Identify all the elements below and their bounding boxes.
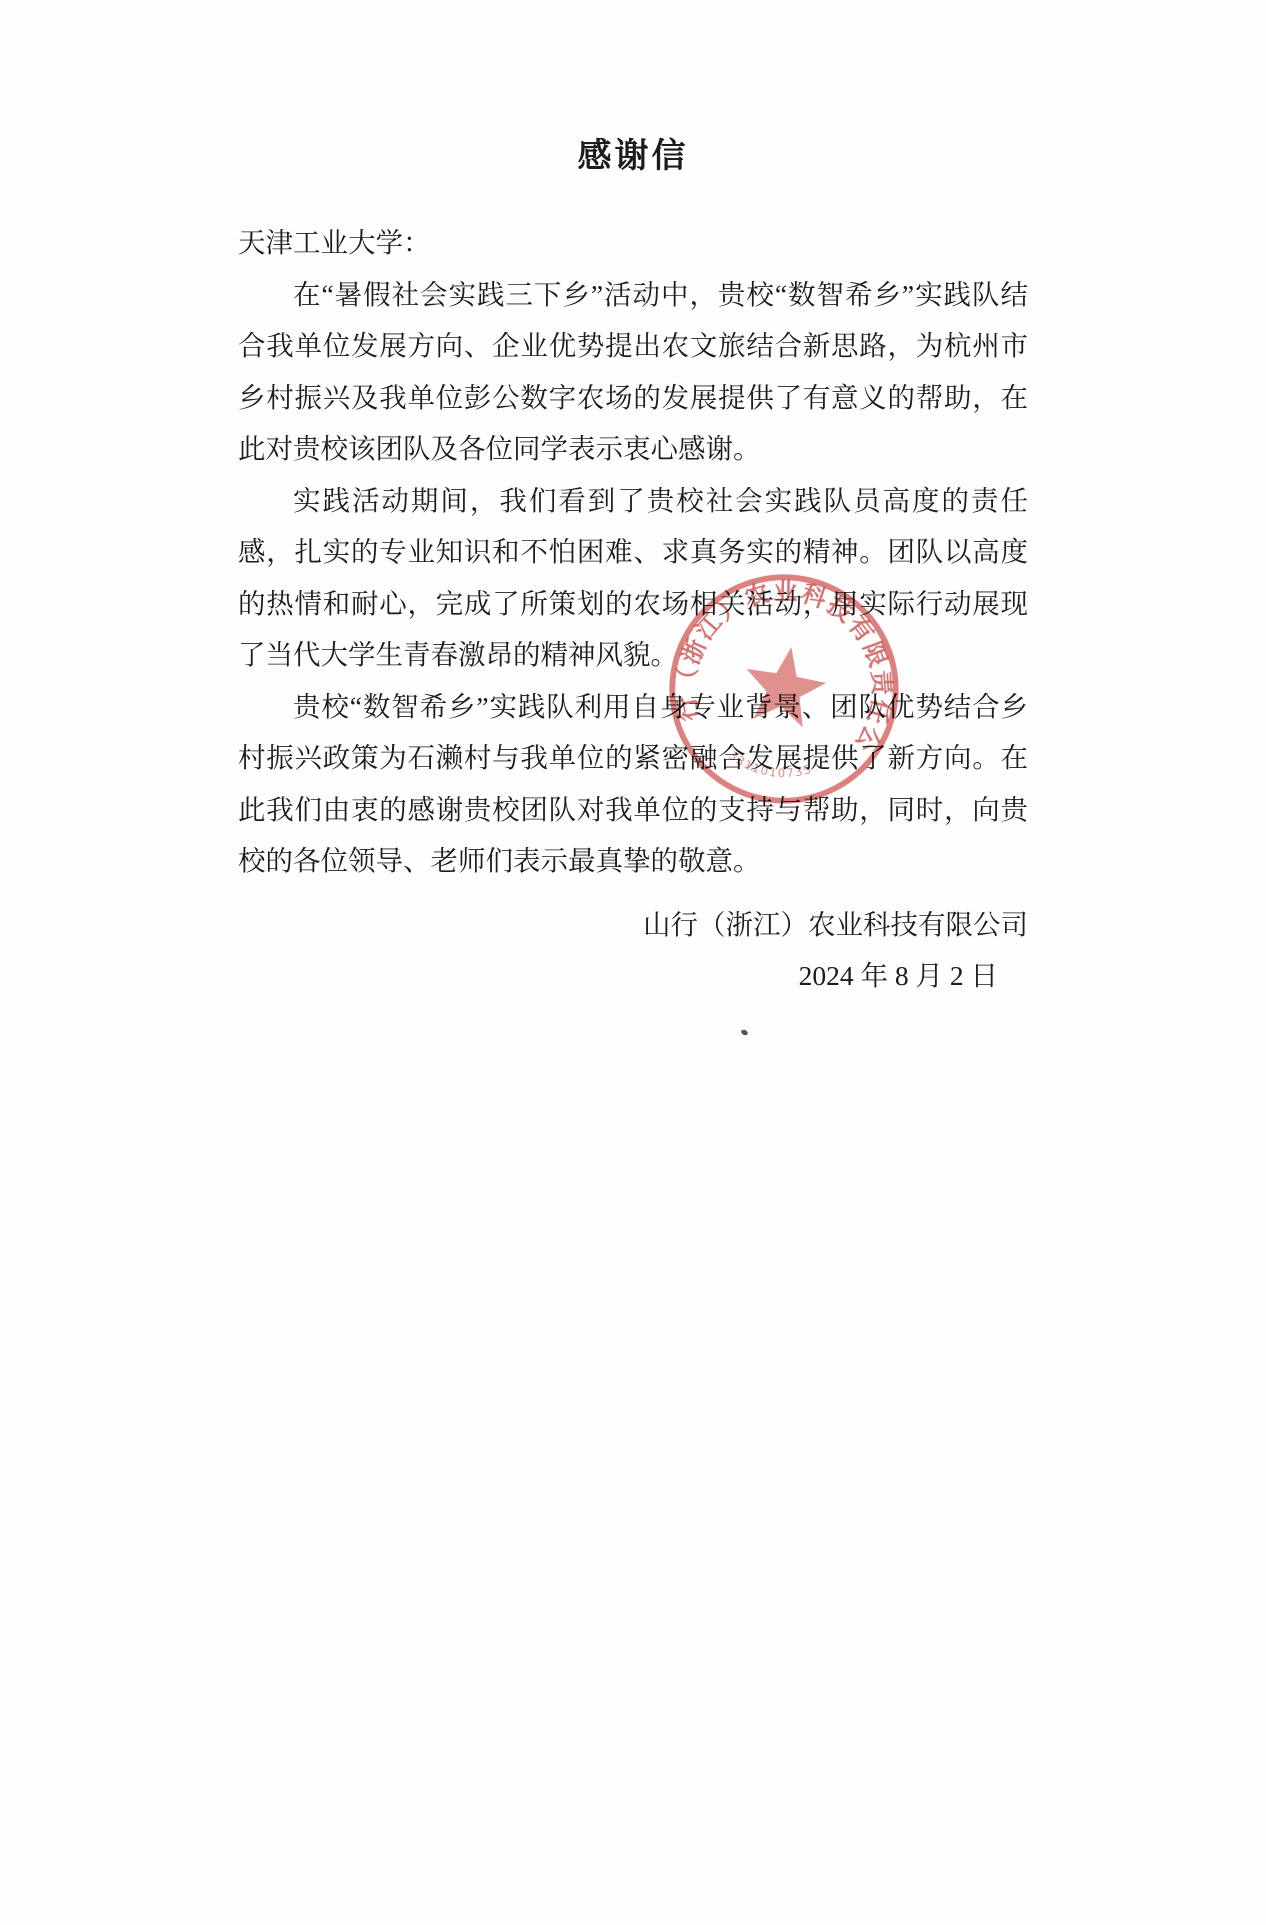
letter-page: 感谢信 天津工业大学： 在“暑假社会实践三下乡”活动中，贵校“数智希乡”实践队结… bbox=[0, 0, 1266, 1925]
salutation: 天津工业大学： bbox=[238, 217, 1028, 269]
signature-block: 山行（浙江）农业科技有限公司 2024 年 8 月 2 日 bbox=[238, 899, 1028, 1002]
company-signature: 山行（浙江）农业科技有限公司 bbox=[238, 899, 1028, 951]
letter-body: 天津工业大学： 在“暑假社会实践三下乡”活动中，贵校“数智希乡”实践队结合我单位… bbox=[238, 217, 1028, 887]
paragraph-2: 实践活动期间，我们看到了贵校社会实践队员高度的责任感，扎实的专业知识和不怕困难、… bbox=[238, 475, 1028, 681]
letter-date: 2024 年 8 月 2 日 bbox=[238, 950, 1028, 1002]
paragraph-3: 贵校“数智希乡”实践队利用自身专业背景、团队优势结合乡村振兴政策为石濑村与我单位… bbox=[238, 681, 1028, 887]
scan-speck bbox=[740, 1029, 748, 1036]
paragraph-1: 在“暑假社会实践三下乡”活动中，贵校“数智希乡”实践队结合我单位发展方向、企业优… bbox=[238, 269, 1028, 475]
letter-title: 感谢信 bbox=[0, 0, 1266, 177]
